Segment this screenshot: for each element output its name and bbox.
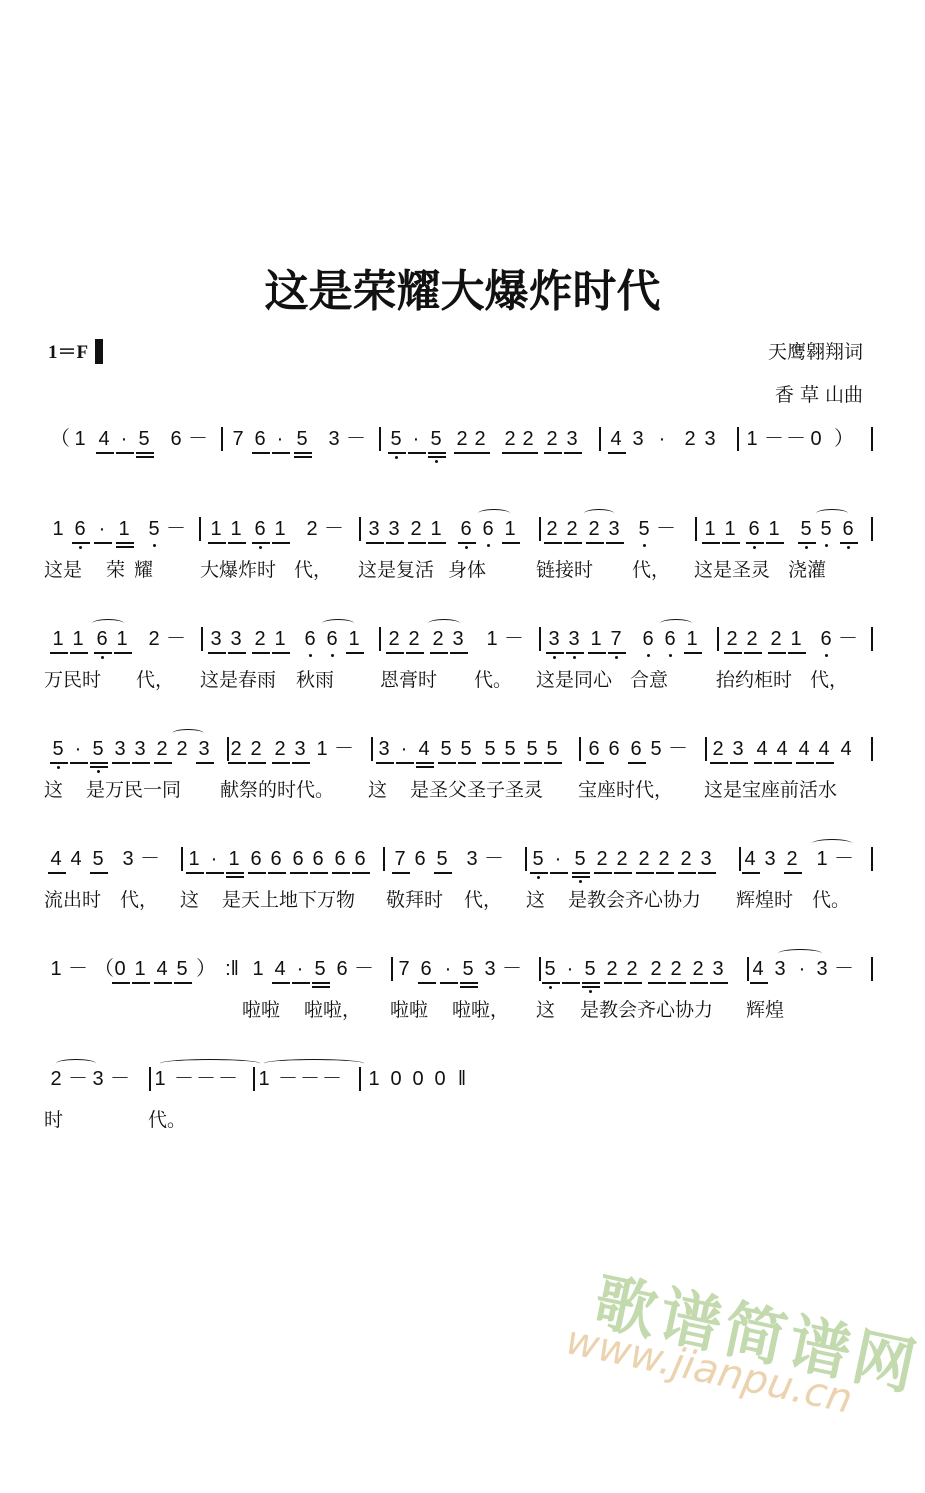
key-signature: 1＝F 4 4 bbox=[48, 337, 101, 364]
notation-line: 16·15－11612－332166122235－1161556 bbox=[0, 515, 925, 555]
underline bbox=[408, 452, 426, 454]
note: 3 bbox=[604, 515, 624, 543]
underline bbox=[750, 982, 768, 984]
underline bbox=[656, 872, 674, 874]
note: 7 bbox=[394, 955, 414, 983]
underline bbox=[352, 872, 370, 874]
note: · bbox=[68, 735, 88, 763]
barline bbox=[371, 737, 373, 761]
underline bbox=[310, 872, 328, 874]
underline bbox=[730, 762, 748, 764]
barline bbox=[737, 427, 739, 451]
lyric: 啦啦， bbox=[304, 995, 361, 1022]
note: · bbox=[560, 955, 580, 983]
note: 5 bbox=[634, 515, 654, 543]
note: 4 bbox=[772, 735, 792, 763]
underline bbox=[226, 876, 244, 878]
underline bbox=[252, 452, 270, 454]
underline bbox=[502, 762, 520, 764]
barline bbox=[871, 627, 873, 651]
underline bbox=[774, 762, 792, 764]
underline bbox=[226, 872, 244, 874]
note: 2 bbox=[542, 515, 562, 543]
low-octave-dot bbox=[553, 656, 556, 659]
barline bbox=[717, 627, 719, 651]
underline bbox=[116, 546, 134, 548]
underline bbox=[174, 982, 192, 984]
low-octave-dot bbox=[643, 544, 646, 547]
underline bbox=[96, 452, 114, 454]
note: 2 bbox=[584, 515, 604, 543]
underline bbox=[434, 872, 452, 874]
note: 3 bbox=[728, 735, 748, 763]
note: 5 bbox=[796, 515, 816, 543]
low-octave-dot bbox=[549, 986, 552, 989]
note: 2 bbox=[622, 955, 642, 983]
low-octave-dot bbox=[57, 766, 60, 769]
lyric: 这 bbox=[180, 885, 199, 912]
underline bbox=[440, 982, 458, 984]
lyric: 这是同心 bbox=[536, 665, 612, 692]
note: 3 bbox=[110, 735, 130, 763]
note: 4 bbox=[46, 845, 66, 873]
lyric: 代。 bbox=[474, 665, 512, 692]
note: · bbox=[114, 425, 134, 453]
note: 0 bbox=[110, 955, 130, 983]
note: 2 bbox=[676, 845, 696, 873]
underline bbox=[112, 762, 130, 764]
note: 2 bbox=[742, 625, 762, 653]
note: 5 bbox=[456, 735, 476, 763]
lyric: 这 bbox=[536, 995, 555, 1022]
barline bbox=[871, 957, 873, 981]
note: 6 bbox=[626, 735, 646, 763]
lyric: 荣 bbox=[106, 555, 125, 582]
note: 3 bbox=[708, 955, 728, 983]
underline bbox=[430, 652, 448, 654]
underline bbox=[72, 542, 90, 544]
lyric: 敬拜时 bbox=[386, 885, 443, 912]
underline bbox=[196, 762, 214, 764]
lyric: 是万民一同 bbox=[86, 775, 181, 802]
note: 1 bbox=[720, 515, 740, 543]
barline bbox=[539, 517, 541, 541]
underline bbox=[460, 982, 478, 984]
lyric: 宝座时代， bbox=[578, 775, 673, 802]
note: － bbox=[764, 425, 784, 453]
watermark: 歌谱简谱网 www.jianpu.cn bbox=[581, 1252, 925, 1435]
note: · bbox=[652, 425, 672, 453]
note: 2 bbox=[612, 845, 632, 873]
underline bbox=[742, 872, 760, 874]
underline bbox=[608, 452, 626, 454]
note: 1 bbox=[150, 1065, 170, 1093]
underline bbox=[788, 652, 806, 654]
note: 1 bbox=[184, 845, 204, 873]
barline bbox=[525, 847, 527, 871]
lyric: 身体 bbox=[448, 555, 486, 582]
slur bbox=[812, 839, 852, 848]
underline bbox=[116, 542, 134, 544]
barline bbox=[871, 737, 873, 761]
note: 3 bbox=[448, 625, 468, 653]
slur bbox=[660, 619, 692, 628]
note: 6 bbox=[166, 425, 186, 453]
low-octave-dot bbox=[537, 876, 540, 879]
underline bbox=[798, 542, 816, 544]
note: 2 bbox=[562, 515, 582, 543]
underline bbox=[460, 986, 478, 988]
underline bbox=[386, 542, 404, 544]
lyric: 代。 bbox=[148, 1105, 186, 1132]
note: 5 bbox=[570, 845, 590, 873]
note: 2 bbox=[452, 425, 472, 453]
note: 4 bbox=[814, 735, 834, 763]
note: :‖ bbox=[222, 955, 242, 983]
note: － bbox=[300, 1065, 320, 1093]
note: 5 bbox=[88, 735, 108, 763]
underline bbox=[530, 872, 548, 874]
underline bbox=[272, 542, 290, 544]
note: 1 bbox=[764, 515, 784, 543]
low-octave-dot bbox=[97, 770, 100, 773]
note: 6 bbox=[350, 845, 370, 873]
underline bbox=[678, 872, 696, 874]
note: 6 bbox=[266, 845, 286, 873]
note: 7 bbox=[606, 625, 626, 653]
note: 5 bbox=[48, 735, 68, 763]
note: － bbox=[354, 955, 374, 983]
underline bbox=[572, 872, 590, 874]
note: 5 bbox=[540, 955, 560, 983]
note: 6 bbox=[288, 845, 308, 873]
barline bbox=[379, 627, 381, 651]
note: － bbox=[334, 735, 354, 763]
note: 5 bbox=[134, 425, 154, 453]
note: 1 bbox=[46, 955, 66, 983]
note: 3 bbox=[226, 625, 246, 653]
underline bbox=[50, 762, 68, 764]
lyric: 这 bbox=[368, 775, 387, 802]
low-octave-dot bbox=[579, 880, 582, 883]
underline bbox=[154, 982, 172, 984]
note: － bbox=[668, 735, 688, 763]
low-octave-dot bbox=[435, 460, 438, 463]
note: 2 bbox=[654, 845, 674, 873]
low-octave-dot bbox=[487, 544, 490, 547]
note: 2 bbox=[542, 425, 562, 453]
underline bbox=[566, 652, 584, 654]
underline bbox=[482, 762, 500, 764]
note: 5 bbox=[646, 735, 666, 763]
low-octave-dot bbox=[669, 654, 672, 657]
note: 5 bbox=[458, 955, 478, 983]
lyricist-credit: 天鹰翱翔词 bbox=[768, 337, 863, 364]
note: 5 bbox=[816, 515, 836, 543]
note: 2 bbox=[688, 955, 708, 983]
underline bbox=[546, 652, 564, 654]
lyric: 代， bbox=[120, 885, 158, 912]
note: 2 bbox=[404, 625, 424, 653]
note: － bbox=[196, 1065, 216, 1093]
note: 3 bbox=[544, 625, 564, 653]
note: 2 bbox=[766, 625, 786, 653]
underline bbox=[458, 542, 476, 544]
low-octave-dot bbox=[153, 544, 156, 547]
notation-line: 1－（0145）:‖14·56－76·53－5·522222343·3－ bbox=[0, 955, 925, 995]
note: 6 bbox=[416, 955, 436, 983]
underline bbox=[586, 762, 604, 764]
slur bbox=[56, 1059, 96, 1068]
underline bbox=[572, 876, 590, 878]
barline bbox=[871, 427, 873, 451]
low-octave-dot bbox=[753, 546, 756, 549]
underline bbox=[604, 982, 622, 984]
time-signature: 4 4 bbox=[96, 341, 101, 361]
barline bbox=[359, 517, 361, 541]
page-title: 这是荣耀大爆炸时代 bbox=[0, 255, 925, 319]
low-octave-dot bbox=[615, 656, 618, 659]
lyric: 链接时 bbox=[536, 555, 593, 582]
underline bbox=[450, 652, 468, 654]
note: 4 bbox=[152, 955, 172, 983]
note: － bbox=[484, 845, 504, 873]
barline bbox=[539, 627, 541, 651]
underline bbox=[366, 542, 384, 544]
slur bbox=[160, 1059, 260, 1068]
note: 3 bbox=[462, 845, 482, 873]
note: 2 bbox=[406, 515, 426, 543]
barline bbox=[181, 847, 183, 871]
underline bbox=[132, 762, 150, 764]
underline bbox=[746, 542, 764, 544]
underline bbox=[272, 982, 290, 984]
underline bbox=[582, 982, 600, 984]
note: 5 bbox=[144, 515, 164, 543]
lyric: 这 bbox=[526, 885, 545, 912]
note: 1 bbox=[786, 625, 806, 653]
low-octave-dot bbox=[805, 546, 808, 549]
underline bbox=[206, 872, 224, 874]
underline bbox=[272, 652, 290, 654]
underline bbox=[228, 542, 246, 544]
underline bbox=[294, 452, 312, 454]
underline bbox=[248, 762, 266, 764]
lyric: 恩膏时 bbox=[380, 665, 437, 692]
underline bbox=[684, 652, 702, 654]
note: 5 bbox=[432, 845, 452, 873]
note: 0 bbox=[430, 1065, 450, 1093]
underline bbox=[208, 542, 226, 544]
barline bbox=[871, 517, 873, 541]
note: 5 bbox=[480, 735, 500, 763]
underline bbox=[408, 542, 426, 544]
underline bbox=[564, 452, 582, 454]
barline bbox=[695, 517, 697, 541]
underline bbox=[702, 542, 720, 544]
notation-line: 4453－1·16666667653－5·52222234321－ bbox=[0, 845, 925, 885]
lyric: 这是春雨 bbox=[200, 665, 276, 692]
underline bbox=[90, 762, 108, 764]
note: 1 bbox=[500, 515, 520, 543]
underline bbox=[272, 762, 290, 764]
note: 5 bbox=[88, 845, 108, 873]
note: · bbox=[406, 425, 426, 453]
note: 2 bbox=[270, 735, 290, 763]
underline bbox=[90, 766, 108, 768]
underline bbox=[186, 872, 204, 874]
note: ） bbox=[834, 425, 854, 453]
low-octave-dot bbox=[331, 654, 334, 657]
lyric: 代， bbox=[294, 555, 332, 582]
barline bbox=[199, 517, 201, 541]
lyric: 代。 bbox=[812, 885, 850, 912]
note: 0 bbox=[386, 1065, 406, 1093]
underline bbox=[816, 762, 834, 764]
note: － bbox=[166, 625, 186, 653]
underline bbox=[562, 982, 580, 984]
slur bbox=[264, 1059, 364, 1068]
underline bbox=[608, 652, 626, 654]
note: － bbox=[68, 955, 88, 983]
underline bbox=[594, 872, 612, 874]
note: 1 bbox=[312, 735, 332, 763]
note: 1 bbox=[742, 425, 762, 453]
underline bbox=[648, 982, 666, 984]
underline bbox=[406, 652, 424, 654]
note: 1 bbox=[586, 625, 606, 653]
note: － bbox=[786, 425, 806, 453]
note: 7 bbox=[390, 845, 410, 873]
notation-line: 2－3－1－－－1－－－1000‖ bbox=[0, 1065, 925, 1105]
barline bbox=[221, 427, 223, 451]
note: 5 bbox=[580, 955, 600, 983]
underline bbox=[416, 766, 434, 768]
notation-line: 11612－332166122231－331766122216－ bbox=[0, 625, 925, 665]
lyric: 大爆炸时 bbox=[200, 555, 276, 582]
note: 5 bbox=[426, 425, 446, 453]
note: 6 bbox=[660, 625, 680, 653]
note: 6 bbox=[456, 515, 476, 543]
lyric: 代， bbox=[810, 665, 848, 692]
note: 1 bbox=[114, 515, 134, 543]
underline bbox=[544, 452, 562, 454]
low-octave-dot bbox=[259, 546, 262, 549]
low-octave-dot bbox=[309, 654, 312, 657]
underline bbox=[268, 872, 286, 874]
underline bbox=[290, 872, 308, 874]
note: 6 bbox=[92, 625, 112, 653]
slur bbox=[92, 619, 124, 628]
underline bbox=[294, 456, 312, 458]
underline bbox=[796, 762, 814, 764]
barline bbox=[201, 627, 203, 651]
slur bbox=[322, 619, 354, 628]
note: 1 bbox=[206, 515, 226, 543]
lyric: 是教会齐心协力 bbox=[580, 995, 713, 1022]
underline bbox=[784, 872, 802, 874]
note: 2 bbox=[302, 515, 322, 543]
note: 4 bbox=[66, 845, 86, 873]
note: 3 bbox=[374, 735, 394, 763]
lyric: 合意 bbox=[630, 665, 668, 692]
underline bbox=[208, 652, 226, 654]
lyric: 时 bbox=[44, 1105, 63, 1132]
slur bbox=[428, 619, 460, 628]
underline bbox=[272, 452, 290, 454]
underline bbox=[94, 542, 112, 544]
note: 1 bbox=[344, 625, 364, 653]
underline bbox=[472, 452, 490, 454]
underline bbox=[112, 982, 130, 984]
note: 2 bbox=[708, 735, 728, 763]
note: 5 bbox=[436, 735, 456, 763]
notation-line: （14·56－76·53－5·522222343·231－－0） bbox=[0, 425, 925, 465]
barline bbox=[871, 847, 873, 871]
note: 2 bbox=[666, 955, 686, 983]
underline bbox=[346, 652, 364, 654]
underline bbox=[438, 762, 456, 764]
note: － bbox=[346, 425, 366, 453]
underline bbox=[154, 762, 172, 764]
note: 4 bbox=[794, 735, 814, 763]
underline bbox=[228, 652, 246, 654]
note: 6 bbox=[584, 735, 604, 763]
note: 6 bbox=[322, 625, 342, 653]
note: 6 bbox=[410, 845, 430, 873]
underline bbox=[614, 872, 632, 874]
barline bbox=[705, 737, 707, 761]
underline bbox=[416, 762, 434, 764]
note: 0 bbox=[408, 1065, 428, 1093]
lyric: 抬约柜时 bbox=[716, 665, 792, 692]
note: 1 bbox=[426, 515, 446, 543]
note: 1 bbox=[130, 955, 150, 983]
note: 5 bbox=[528, 845, 548, 873]
note: 1 bbox=[270, 625, 290, 653]
key-label: 1＝F bbox=[48, 337, 88, 364]
note: 6 bbox=[816, 625, 836, 653]
note: 3 bbox=[194, 735, 214, 763]
note: － bbox=[504, 625, 524, 653]
lyric: 耀 bbox=[134, 555, 153, 582]
underline bbox=[724, 652, 742, 654]
note: 3 bbox=[384, 515, 404, 543]
note: 6 bbox=[250, 515, 270, 543]
underline bbox=[690, 982, 708, 984]
underline bbox=[710, 762, 728, 764]
note: 2 bbox=[592, 845, 612, 873]
barline bbox=[391, 957, 393, 981]
note: 6 bbox=[838, 515, 858, 543]
note: 2 bbox=[428, 625, 448, 653]
note: 2 bbox=[246, 735, 266, 763]
low-octave-dot bbox=[825, 654, 828, 657]
notation-line: 5·53322322231－3·45555556665－2344444 bbox=[0, 735, 925, 775]
note: － bbox=[322, 1065, 342, 1093]
underline bbox=[428, 542, 446, 544]
note: 3 bbox=[364, 515, 384, 543]
note: 5 bbox=[542, 735, 562, 763]
slur bbox=[816, 509, 848, 518]
note: · bbox=[792, 955, 812, 983]
low-octave-dot bbox=[589, 990, 592, 993]
underline bbox=[766, 542, 784, 544]
lyric: 这是圣灵 bbox=[694, 555, 770, 582]
lyric: 献祭的时代。 bbox=[220, 775, 334, 802]
underline bbox=[586, 542, 604, 544]
note: 5 bbox=[172, 955, 192, 983]
